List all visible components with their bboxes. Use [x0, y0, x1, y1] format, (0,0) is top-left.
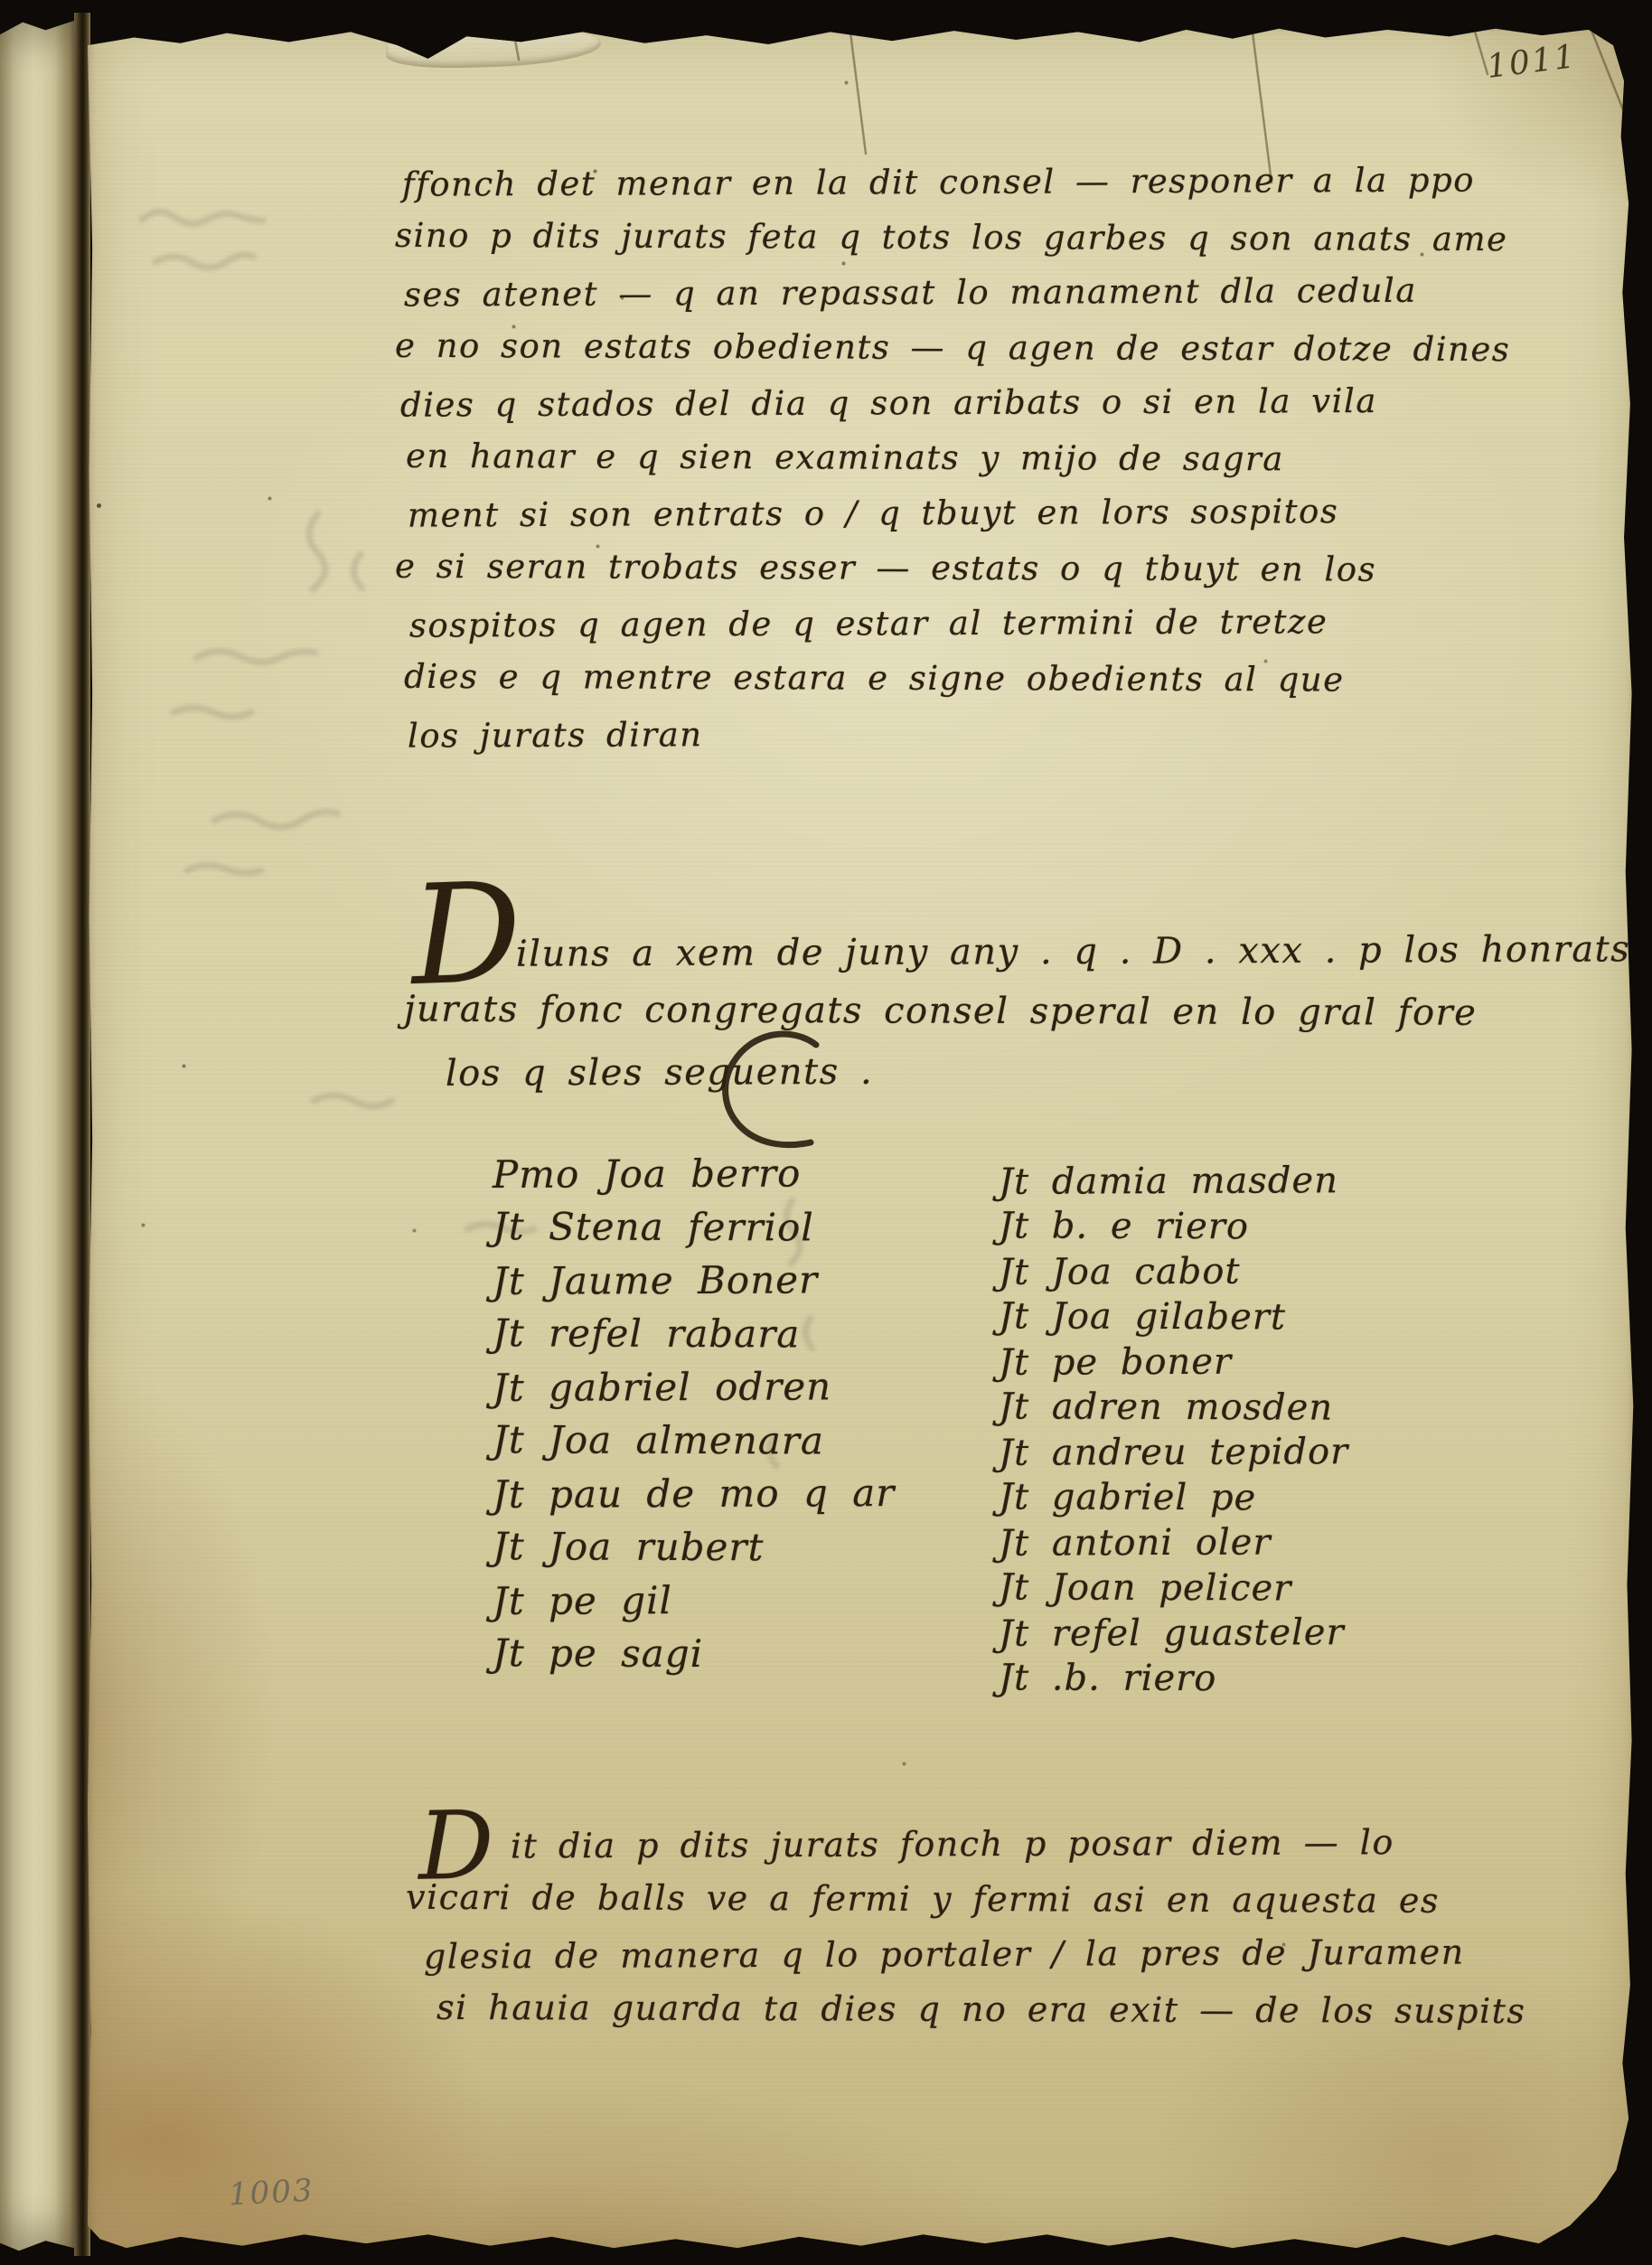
manuscript-line: en hanar e q sien examinats y mijo de sa… [406, 437, 1511, 495]
manuscript-line: dies q stados del dia q son aribats o si… [400, 381, 1511, 440]
list-item: Jt pe gil [493, 1577, 896, 1632]
manuscript-line: si hauia guarda ta dies q no era exit — … [436, 1988, 1526, 2046]
manuscript-line: dies e q mentre estara e signe obedients… [404, 657, 1511, 716]
list-item: Jt .b. riero [999, 1657, 1348, 1703]
list-item: Jt refel guasteler [999, 1612, 1348, 1659]
binding-gutter-crevice [74, 13, 90, 2256]
list-item: Pmo Joa berro [493, 1151, 896, 1206]
manuscript-line: iluns a xem de juny any . q . D . xxx . … [516, 928, 1631, 992]
manuscript-line: los jurats diran [408, 711, 1511, 771]
manuscript-line: it dia p dits jurats fonch p posar diem … [511, 1822, 1526, 1882]
manuscript-line: jurats fonc congregats consel speral en … [404, 989, 1631, 1053]
list-item: Jt pe sagi [493, 1631, 896, 1686]
manuscript-line: ffonch det menar en la dit consel — resp… [402, 160, 1511, 220]
folio-number-ink: 1011 [1485, 38, 1579, 86]
manuscript-page: 1011 1003 ffonch det menar en la dit con… [88, 25, 1635, 2252]
manuscript-line: e no son estats obedients — q agen de es… [395, 326, 1511, 385]
list-item: Jt pe boner [999, 1340, 1348, 1387]
facing-page-edge [0, 14, 76, 2254]
list-item: Jt Joan pelicer [999, 1566, 1348, 1612]
manuscript-line: vicari de balls ve a fermi y fermi asi e… [406, 1877, 1526, 1936]
paragraph-same-day-entry: it dia p dits jurats fonch p posar diem … [406, 1824, 1525, 2044]
manuscript-line: glesia de manera q lo portaler / la pres… [424, 1931, 1526, 1991]
list-item: Jt antoni oler [999, 1521, 1348, 1568]
list-item: Jt refel rabara [493, 1311, 896, 1366]
list-item: Jt gabriel odren [493, 1364, 896, 1419]
list-item: Jt andreu tepidor [999, 1431, 1348, 1478]
list-item: Jt adren mosden [999, 1386, 1348, 1432]
list-item: Jt damia masden [999, 1160, 1348, 1207]
manuscript-line: e si seran trobats esser — estats o q tb… [395, 547, 1511, 606]
manuscript-line: ses atenet — q an repassat lo manament d… [404, 270, 1511, 330]
list-item: Jt pau de mo q ar [493, 1471, 896, 1526]
manuscript-line: ment si son entrats o / q tbuyt en lors … [408, 491, 1511, 550]
manuscript-line: sospitos q agen de q estar al termini de… [409, 601, 1511, 661]
manuscript-line: los q sles seguents . [446, 1048, 1631, 1113]
list-item: Jt Jaume Boner [493, 1257, 896, 1312]
torn-edge-flap [385, 24, 601, 70]
list-item: Jt Joa gilabert [999, 1295, 1348, 1341]
list-item: Jt gabriel pe [999, 1476, 1348, 1522]
paragraph-meeting-record: iluns a xem de juny any . q . D . xxx . … [400, 931, 1630, 1110]
folio-number-pencil: 1003 [228, 2173, 314, 2213]
list-item: Jt Joa cabot [999, 1250, 1348, 1297]
list-item: Jt b. e riero [999, 1205, 1348, 1251]
attendee-column-left: Pmo Joa berro Jt Stena ferriol Jt Jaume … [493, 1151, 895, 1685]
manuscript-line: sino p dits jurats feta q tots los garbe… [395, 216, 1511, 275]
list-item: Jt Joa almenara [493, 1417, 896, 1472]
list-item: Jt Stena ferriol [493, 1204, 896, 1259]
manuscript-scan: 1011 1003 ffonch det menar en la dit con… [0, 0, 1652, 2265]
paragraph-response: ffonch det menar en la dit consel — resp… [395, 163, 1510, 769]
attendee-column-right: Jt damia masden Jt b. e riero Jt Joa cab… [999, 1161, 1348, 1703]
list-item: Jt Joa rubert [493, 1524, 896, 1579]
